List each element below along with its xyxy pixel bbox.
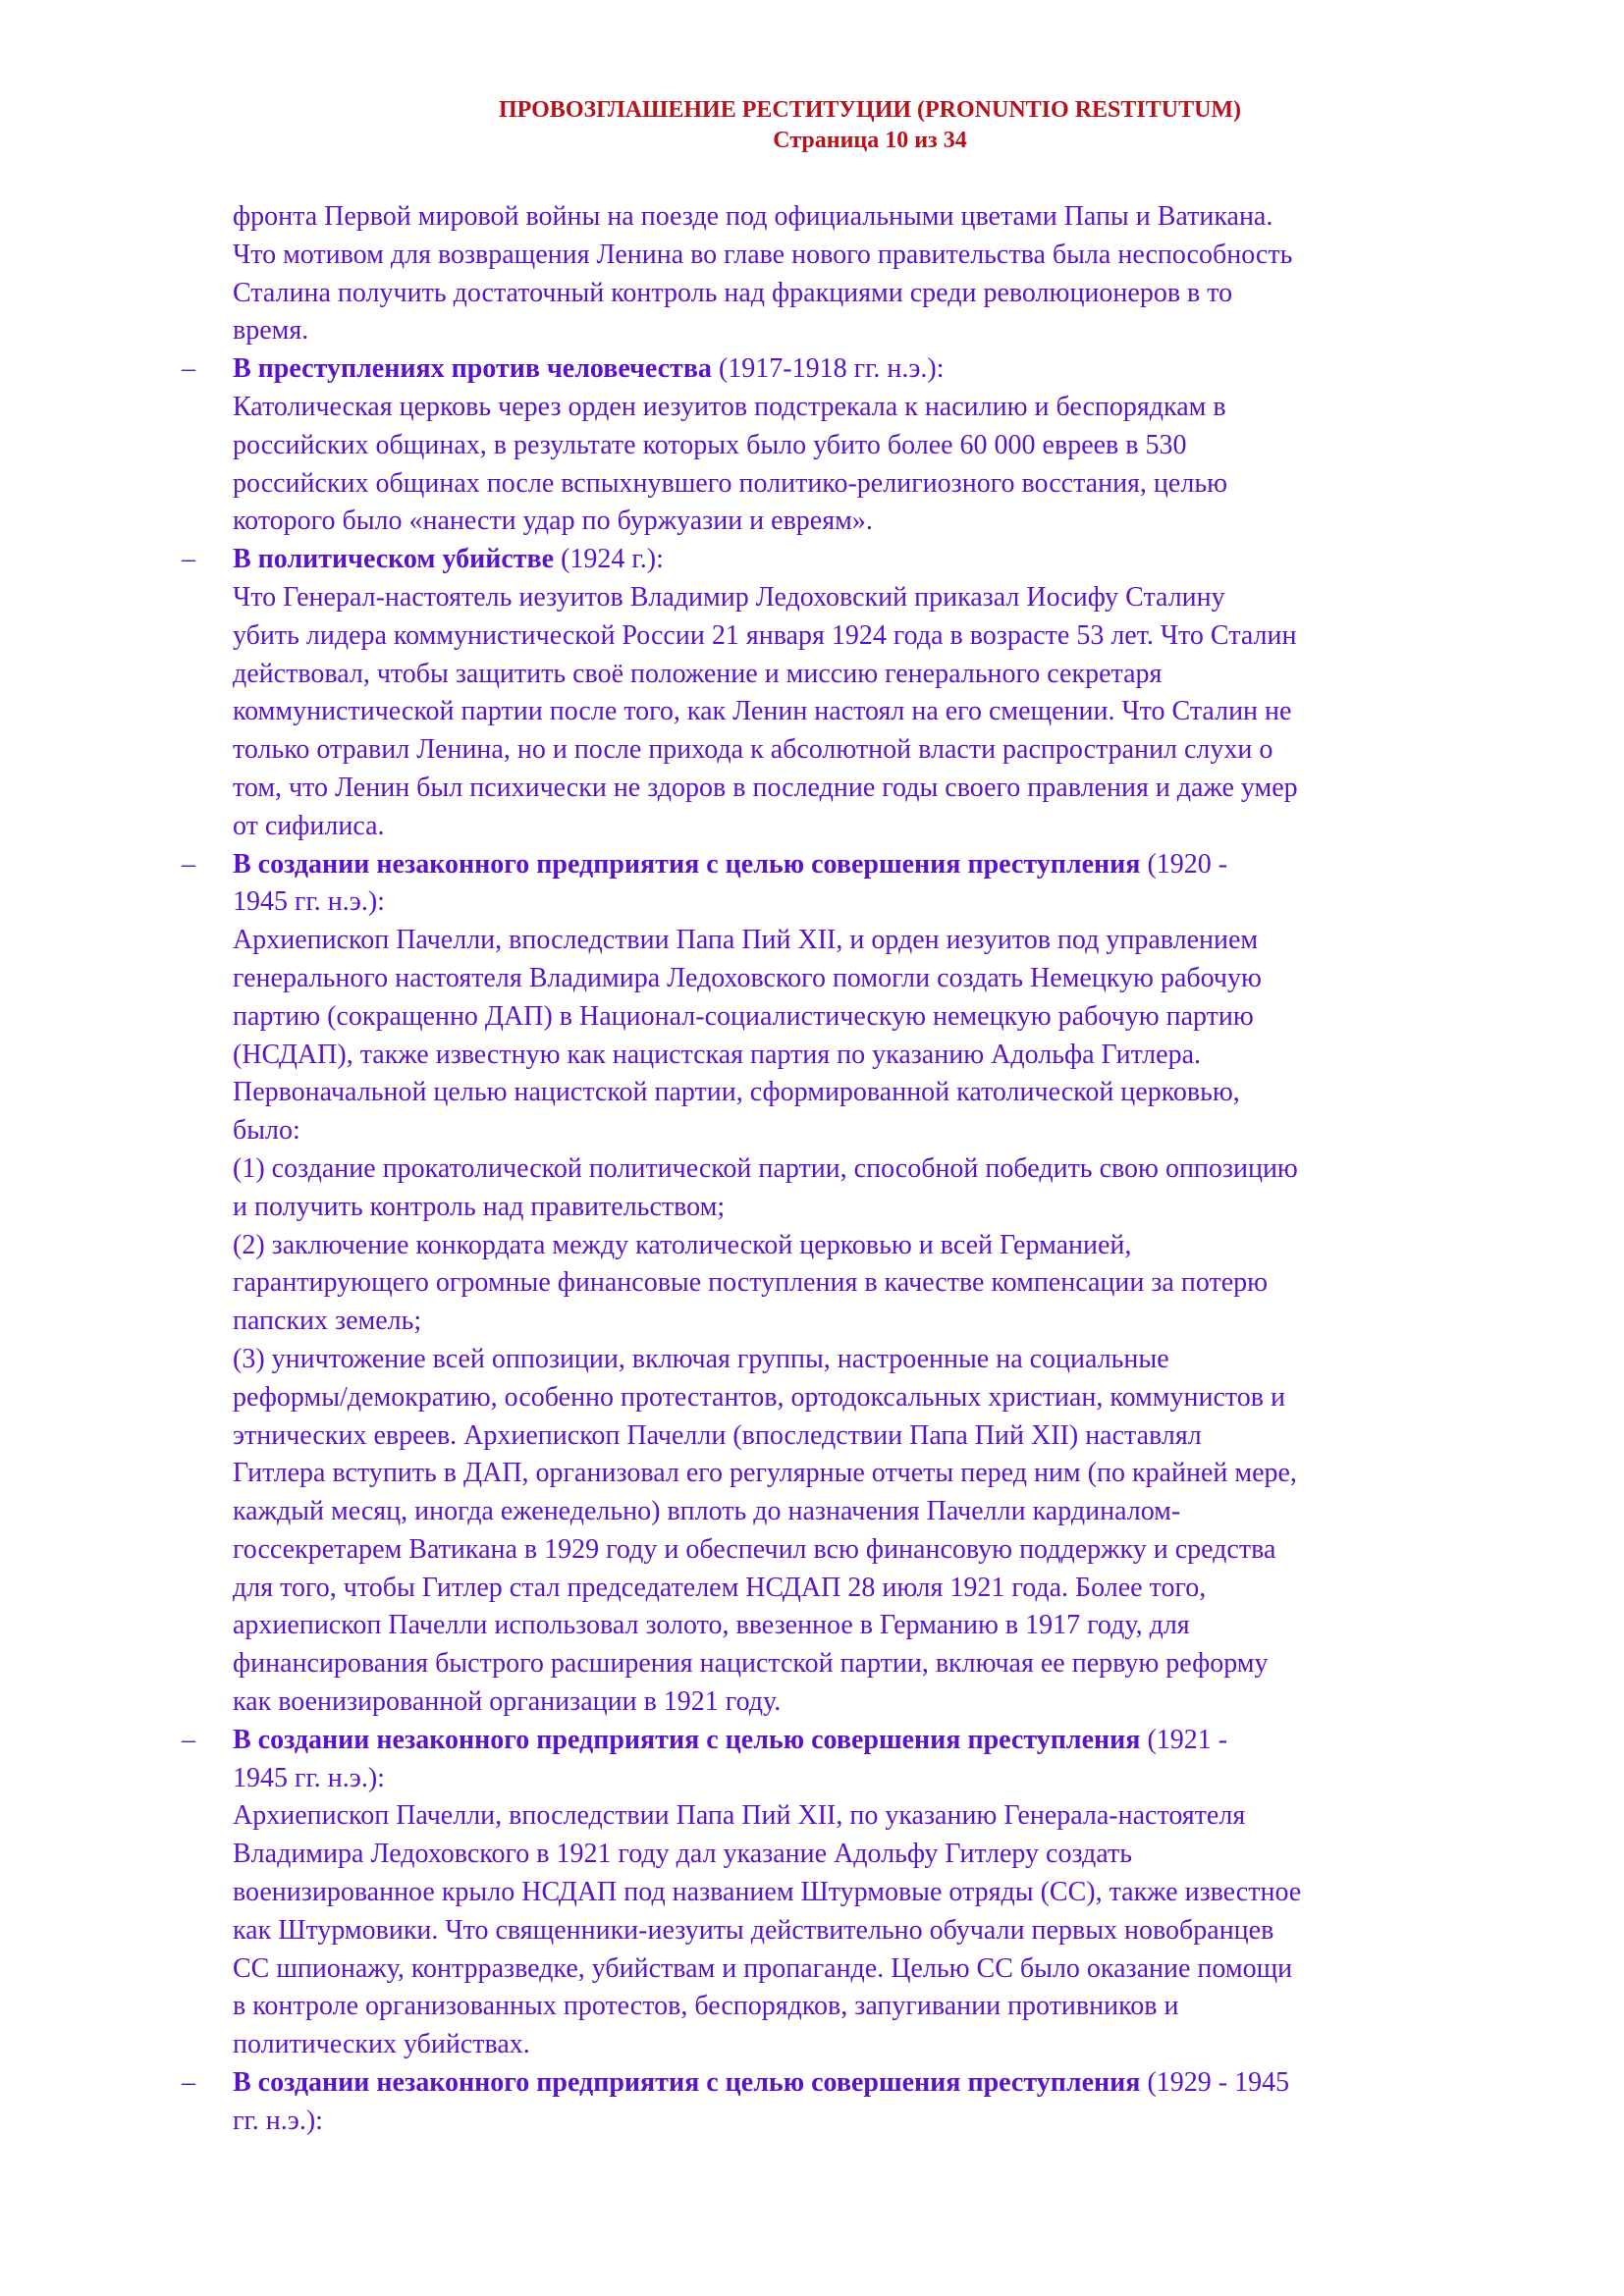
section-heading: –В создании незаконного предприятия с це… xyxy=(0,846,1624,884)
paragraph-line: этнических евреев. Архиепископ Пачелли (… xyxy=(0,1417,1624,1456)
document-page: ПРОВОЗГЛАШЕНИЕ РЕСТИТУЦИИ (PRONUNTIO RES… xyxy=(0,0,1624,2296)
paragraph-line: гарантирующего огромные финансовые посту… xyxy=(0,1264,1624,1303)
paragraph-line: военизированное крыло НСДАП под название… xyxy=(0,1874,1624,1912)
paragraph-line: (НСДАП), также известную как нацистская … xyxy=(0,1037,1624,1075)
paragraph-line: Что Генерал-настоятель иезуитов Владимир… xyxy=(0,579,1624,617)
document-body: фронта Первой мировой войны на поезде по… xyxy=(0,198,1624,2141)
paragraph-line: российских общинах, в результате которых… xyxy=(0,427,1624,465)
paragraph-line: том, что Ленин был психически не здоров … xyxy=(0,770,1624,808)
section-heading-date: (1929 - 1945 xyxy=(1140,2067,1289,2098)
paragraph-line: Католическая церковь через орден иезуито… xyxy=(0,389,1624,427)
paragraph-line: (1) создание прокатолической политическо… xyxy=(0,1150,1624,1189)
paragraph-line: в контроле организованных протестов, бес… xyxy=(0,1988,1624,2026)
paragraph-line: генерального настоятеля Владимира Ледохо… xyxy=(0,960,1624,998)
document-title: ПРОВОЗГЛАШЕНИЕ РЕСТИТУЦИИ (PRONUNTIO RES… xyxy=(0,97,1624,124)
section-heading-title: В создании незаконного предприятия с цел… xyxy=(233,2067,1140,2098)
paragraph-line: и получить контроль над правительством; xyxy=(0,1189,1624,1227)
paragraph-line: папских земель; xyxy=(0,1303,1624,1341)
section-heading-date-continued: 1945 гг. н.э.): xyxy=(0,1760,1624,1798)
paragraph-line: для того, чтобы Гитлер стал председателе… xyxy=(0,1570,1624,1608)
paragraph-line: СС шпионажу, контрразведке, убийствам и … xyxy=(0,1950,1624,1989)
paragraph-line: которого было «нанести удар по буржуазии… xyxy=(0,503,1624,541)
paragraph-line: госсекретарем Ватикана в 1929 году и обе… xyxy=(0,1531,1624,1570)
paragraph-line: политических убийствах. xyxy=(0,2026,1624,2064)
paragraph-line: Что мотивом для возвращения Ленина во гл… xyxy=(0,237,1624,275)
paragraph-line: Архиепископ Пачелли, впоследствии Папа П… xyxy=(0,922,1624,960)
paragraph-line: фронта Первой мировой войны на поезде по… xyxy=(0,198,1624,237)
paragraph-line: Сталина получить достаточный контроль на… xyxy=(0,275,1624,313)
paragraph-line: Владимира Ледоховского в 1921 году дал у… xyxy=(0,1836,1624,1874)
paragraph-line: (3) уничтожение всей оппозиции, включая … xyxy=(0,1341,1624,1379)
section-heading-date-continued: 1945 гг. н.э.): xyxy=(0,883,1624,922)
paragraph-line: коммунистической партии после того, как … xyxy=(0,693,1624,731)
section-heading: –В политическом убийстве (1924 г.): xyxy=(0,541,1624,579)
paragraph-line: финансирования быстрого расширения нацис… xyxy=(0,1645,1624,1683)
section-heading-title: В политическом убийстве xyxy=(233,544,554,574)
paragraph-line: время. xyxy=(0,312,1624,350)
paragraph-line: Гитлера вступить в ДАП, организовал его … xyxy=(0,1455,1624,1493)
paragraph-line: как военизированной организации в 1921 г… xyxy=(0,1683,1624,1722)
paragraph-line: было: xyxy=(0,1112,1624,1150)
paragraph-line: архиепископ Пачелли использовал золото, … xyxy=(0,1607,1624,1645)
paragraph-line: Первоначальной целью нацистской партии, … xyxy=(0,1074,1624,1112)
section-heading-title: В преступлениях против человечества xyxy=(233,353,712,384)
dash-bullet-icon: – xyxy=(182,846,195,884)
page-number-label: Страница 10 из 34 xyxy=(0,128,1624,154)
paragraph-line: действовал, чтобы защитить своё положени… xyxy=(0,656,1624,694)
dash-bullet-icon: – xyxy=(182,350,195,389)
paragraph-line: российских общинах после вспыхнувшего по… xyxy=(0,465,1624,504)
section-heading: –В создании незаконного предприятия с це… xyxy=(0,1722,1624,1760)
paragraph-line: (2) заключение конкордата между католиче… xyxy=(0,1227,1624,1265)
paragraph-line: реформы/демократию, особенно протестанто… xyxy=(0,1379,1624,1417)
section-heading: –В преступлениях против человечества (19… xyxy=(0,350,1624,389)
section-heading-title: В создании незаконного предприятия с цел… xyxy=(233,849,1140,880)
paragraph-line: как Штурмовики. Что священники-иезуиты д… xyxy=(0,1912,1624,1950)
paragraph-line: каждый месяц, иногда еженедельно) вплоть… xyxy=(0,1493,1624,1531)
paragraph-line: партию (сокращенно ДАП) в Национал-социа… xyxy=(0,998,1624,1037)
dash-bullet-icon: – xyxy=(182,2064,195,2103)
paragraph-line: убить лидера коммунистической России 21 … xyxy=(0,617,1624,656)
section-heading-date: (1924 г.): xyxy=(554,544,664,574)
section-heading-title: В создании незаконного предприятия с цел… xyxy=(233,1725,1140,1755)
dash-bullet-icon: – xyxy=(182,541,195,579)
paragraph-line: только отравил Ленина, но и после приход… xyxy=(0,731,1624,770)
paragraph-line: Архиепископ Пачелли, впоследствии Папа П… xyxy=(0,1797,1624,1836)
section-heading-date: (1920 - xyxy=(1140,849,1227,880)
section-heading-date: (1921 - xyxy=(1140,1725,1227,1755)
paragraph-line: от сифилиса. xyxy=(0,808,1624,846)
dash-bullet-icon: – xyxy=(182,1722,195,1760)
section-heading-date: (1917-1918 гг. н.э.): xyxy=(712,353,945,384)
section-heading-date-continued: гг. н.э.): xyxy=(0,2103,1624,2141)
section-heading: –В создании незаконного предприятия с це… xyxy=(0,2064,1624,2103)
